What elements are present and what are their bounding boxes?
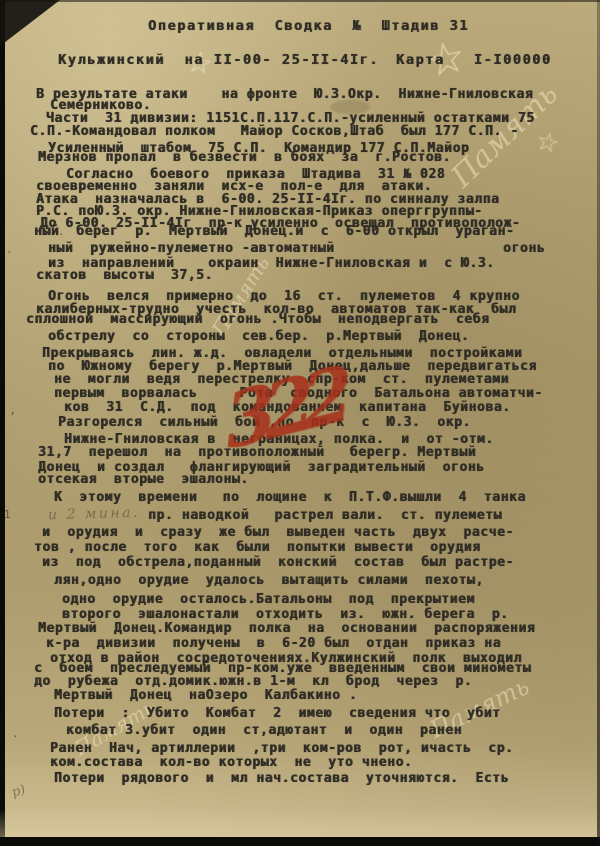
paper-speck: ·: [12, 730, 19, 743]
paper-speck: ·: [6, 246, 13, 259]
paper-speck: ·: [58, 228, 65, 241]
paper-light-band: [0, 809, 600, 837]
margin-marks-layer: ·’1··: [0, 0, 600, 846]
paper-speck: ’: [9, 410, 16, 423]
document-scan: ☆☆ПамятьПамятьПамятьПамять☆ Оперативная …: [0, 0, 600, 846]
scan-edge-bottom: [0, 837, 600, 846]
scan-edge-left: [0, 0, 5, 846]
scan-edge-top: [0, 0, 600, 2]
